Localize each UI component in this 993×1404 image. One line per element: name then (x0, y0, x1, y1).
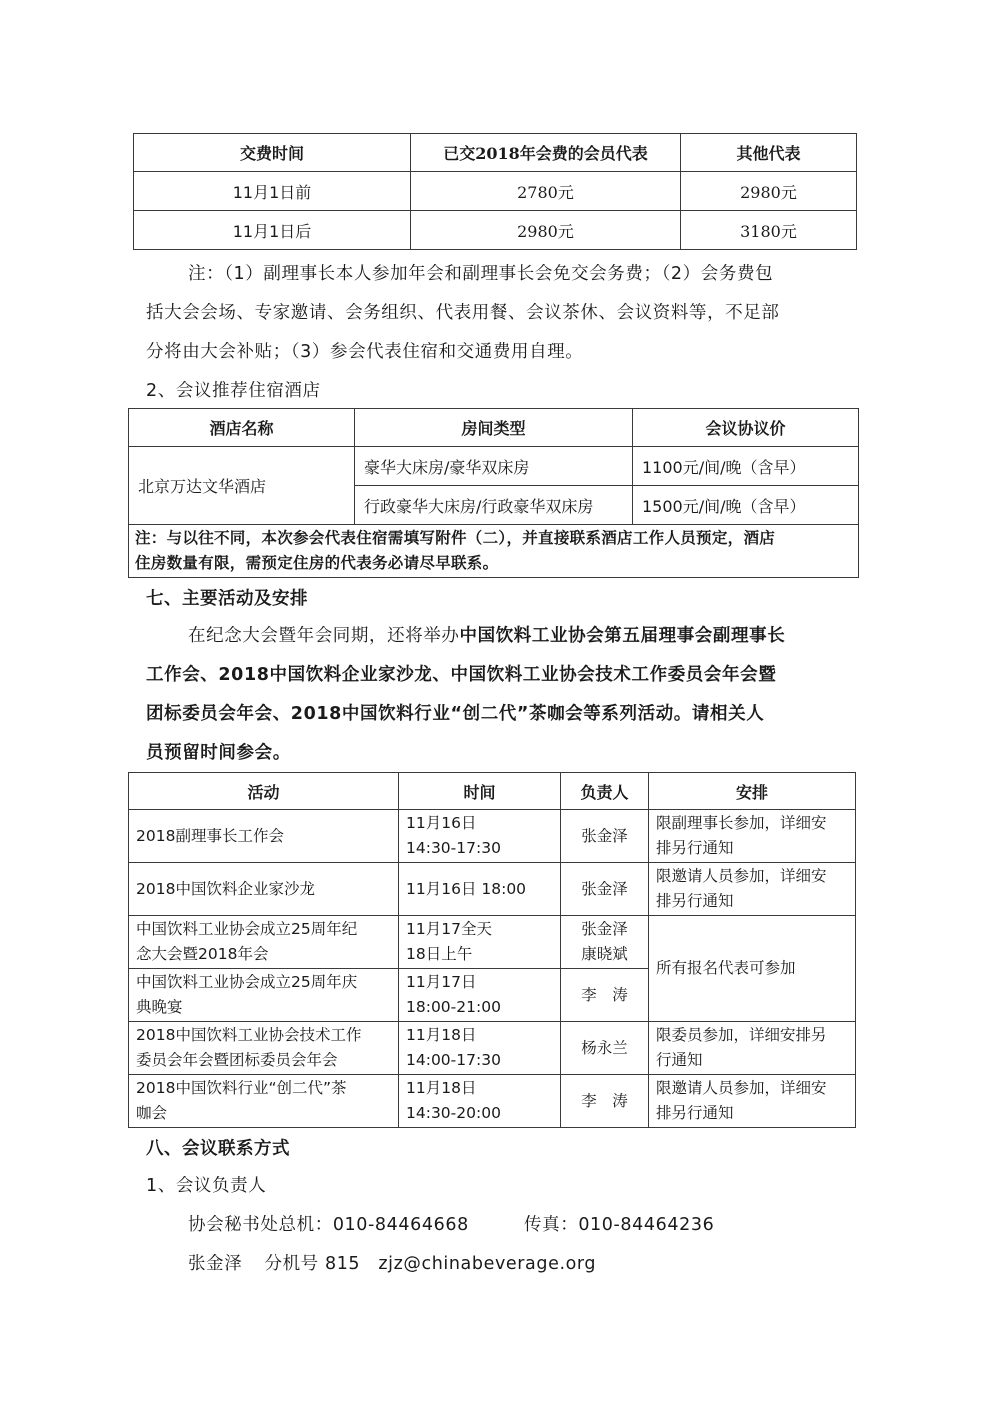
table-cell: 11月1日后 (134, 211, 411, 250)
section-7-para-line: 员预留时间参会。 (146, 734, 291, 773)
section-7-title: 七、主要活动及安排 (146, 585, 308, 610)
person-text: 杨永兰 (565, 1036, 644, 1061)
arrangement-text: 行通知 (656, 1048, 848, 1073)
header-cell: 交费时间 (134, 134, 411, 172)
activity-text: 2018中国饮料行业“创二代”茶 (136, 1076, 391, 1101)
section-7-para-line: 在纪念大会暨年会同期，还将举办中国饮料工业协会第五届理事会副理事长 (188, 617, 785, 656)
activity-cell: 中国饮料工业协会成立25周年庆典晚宴 (129, 969, 399, 1022)
person-cell: 张金泽康晓斌 (561, 916, 649, 969)
activity-text: 中国饮料工业协会成立25周年庆 (136, 970, 391, 995)
email-link[interactable]: zjz@chinabeverage.org (378, 1254, 596, 1274)
time-text: 18:00-21:00 (406, 995, 553, 1020)
section-8-subtitle: 1、会议负责人 (146, 1167, 266, 1206)
person-text: 张金泽 (565, 917, 644, 942)
person-cell: 杨永兰 (561, 1022, 649, 1075)
table-header-row: 酒店名称 房间类型 会议协议价 (129, 409, 859, 447)
table-row: 11月1日前 2780元 2980元 (134, 172, 857, 211)
table-row: 11月1日后 2980元 3180元 (134, 211, 857, 250)
time-cell: 11月17日18:00-21:00 (399, 969, 561, 1022)
hotel-name-cell: 北京万达文华酒店 (129, 447, 355, 525)
activity-text: 委员会年会暨团标委员会年会 (136, 1048, 391, 1073)
contact-name: 张金泽 (188, 1254, 242, 1274)
table-cell: 11月1日前 (134, 172, 411, 211)
hotel-table: 酒店名称 房间类型 会议协议价 北京万达文华酒店 豪华大床房/豪华双床房 110… (128, 408, 859, 578)
activity-cell: 2018中国饮料工业协会技术工作委员会年会暨团标委员会年会 (129, 1022, 399, 1075)
hotel-note-cell: 注：与以往不同，本次参会代表住宿需填写附件（二），并直接联系酒店工作人员预定，酒… (129, 525, 859, 578)
arrangement-cell: 限邀请人员参加，详细安排另行通知 (649, 863, 856, 916)
activity-text: 典晚宴 (136, 995, 391, 1020)
arrangement-text: 限邀请人员参加，详细安 (656, 1076, 848, 1101)
hotel-note-line: 住房数量有限，需预定住房的代表务必请尽早联系。 (135, 551, 852, 576)
activity-text: 中国饮料工业协会成立25周年纪 (136, 917, 391, 942)
arrangement-cell: 限邀请人员参加，详细安排另行通知 (649, 1075, 856, 1128)
time-cell: 11月17全天18日上午 (399, 916, 561, 969)
hotel-section-title: 2、会议推荐住宿酒店 (146, 372, 321, 411)
time-text: 11月16日 (406, 811, 553, 836)
header-cell: 房间类型 (355, 409, 633, 447)
time-text: 11月16日 18:00 (406, 877, 553, 902)
arrangement-cell: 限委员参加，详细安排另行通知 (649, 1022, 856, 1075)
time-text: 18日上午 (406, 942, 553, 967)
para-text: 在纪念大会暨年会同期，还将举办 (188, 626, 460, 646)
fee-note-line: 括大会会场、专家邀请、会务组织、代表用餐、会议茶休、会议资料等，不足部 (146, 294, 780, 333)
switchboard-label: 协会秘书处总机： (188, 1215, 333, 1235)
header-cell: 其他代表 (681, 134, 857, 172)
table-note-row: 注：与以往不同，本次参会代表住宿需填写附件（二），并直接联系酒店工作人员预定，酒… (129, 525, 859, 578)
table-row: 2018中国饮料工业协会技术工作委员会年会暨团标委员会年会 11月18日14:0… (129, 1022, 856, 1075)
arrangement-cell: 限副理事长参加，详细安排另行通知 (649, 810, 856, 863)
activity-table: 活动 时间 负责人 安排 2018副理事长工作会 11月16日14:30-17:… (128, 772, 856, 1128)
switchboard-line: 协会秘书处总机：010-84464668 (188, 1206, 469, 1245)
person-cell: 张金泽 (561, 863, 649, 916)
table-row: 中国饮料工业协会成立25周年纪念大会暨2018年会 11月17全天18日上午 张… (129, 916, 856, 969)
fax-line: 传真：010-84464236 (524, 1206, 714, 1245)
contact-line: 张金泽 分机号 815 zjz@chinabeverage.org (188, 1245, 596, 1284)
arrangement-text: 所有报名代表可参加 (656, 956, 848, 981)
activity-text: 念大会暨2018年会 (136, 942, 391, 967)
activity-cell: 2018中国饮料行业“创二代”茶咖会 (129, 1075, 399, 1128)
table-cell: 2980元 (681, 172, 857, 211)
price-cell: 1500元/间/晚（含早） (633, 486, 859, 525)
price-cell: 1100元/间/晚（含早） (633, 447, 859, 486)
fax-number: 010-84464236 (578, 1215, 714, 1235)
person-text: 张金泽 (565, 824, 644, 849)
section-7-para-line: 工作会、2018中国饮料企业家沙龙、中国饮料工业协会技术工作委员会年会暨 (146, 656, 776, 695)
time-cell: 11月16日14:30-17:30 (399, 810, 561, 863)
activity-cell: 2018中国饮料企业家沙龙 (129, 863, 399, 916)
time-text: 11月17全天 (406, 917, 553, 942)
arrangement-text: 排另行通知 (656, 889, 848, 914)
arrangement-text: 限委员参加，详细安排另 (656, 1023, 848, 1048)
section-7-para-line: 团标委员会年会、2018中国饮料行业“创二代”茶咖会等系列活动。请相关人 (146, 695, 764, 734)
room-type-cell: 行政豪华大床房/行政豪华双床房 (355, 486, 633, 525)
table-row: 2018中国饮料行业“创二代”茶咖会 11月18日14:30-20:00 李 涛… (129, 1075, 856, 1128)
table-cell: 2780元 (411, 172, 681, 211)
time-text: 11月18日 (406, 1023, 553, 1048)
arrangement-text: 限邀请人员参加，详细安 (656, 864, 848, 889)
activity-text: 咖会 (136, 1101, 391, 1126)
arrangement-text: 限副理事长参加，详细安 (656, 811, 848, 836)
person-cell: 李 涛 (561, 1075, 649, 1128)
ext-number: 815 (325, 1254, 360, 1274)
activity-cell: 2018副理事长工作会 (129, 810, 399, 863)
switchboard-number: 010-84464668 (333, 1215, 469, 1235)
arrangement-cell: 所有报名代表可参加 (649, 916, 856, 1022)
para-text-bold: 中国饮料工业协会第五届理事会副理事长 (460, 626, 786, 646)
person-cell: 张金泽 (561, 810, 649, 863)
time-text: 11月18日 (406, 1076, 553, 1101)
table-cell: 2980元 (411, 211, 681, 250)
header-cell: 会议协议价 (633, 409, 859, 447)
fee-note-line: 分将由大会补贴；（3）参会代表住宿和交通费用自理。 (146, 333, 583, 372)
header-cell: 活动 (129, 773, 399, 810)
time-cell: 11月18日14:30-20:00 (399, 1075, 561, 1128)
person-cell: 李 涛 (561, 969, 649, 1022)
header-cell: 安排 (649, 773, 856, 810)
person-text: 康晓斌 (565, 942, 644, 967)
activity-text: 2018副理事长工作会 (136, 824, 391, 849)
activity-cell: 中国饮料工业协会成立25周年纪念大会暨2018年会 (129, 916, 399, 969)
time-text: 11月17日 (406, 970, 553, 995)
person-text: 李 涛 (565, 983, 644, 1008)
time-text: 14:30-17:30 (406, 836, 553, 861)
header-cell: 已交2018年会费的会员代表 (411, 134, 681, 172)
fee-table: 交费时间 已交2018年会费的会员代表 其他代表 11月1日前 2780元 29… (133, 133, 857, 250)
hotel-note-line: 注：与以往不同，本次参会代表住宿需填写附件（二），并直接联系酒店工作人员预定，酒… (135, 526, 852, 551)
activity-text: 2018中国饮料企业家沙龙 (136, 877, 391, 902)
fax-label: 传真： (524, 1215, 578, 1235)
table-row: 2018副理事长工作会 11月16日14:30-17:30 张金泽 限副理事长参… (129, 810, 856, 863)
section-8-title: 八、会议联系方式 (146, 1135, 290, 1160)
table-header-row: 交费时间 已交2018年会费的会员代表 其他代表 (134, 134, 857, 172)
time-cell: 11月16日 18:00 (399, 863, 561, 916)
header-cell: 负责人 (561, 773, 649, 810)
time-text: 14:30-20:00 (406, 1101, 553, 1126)
header-cell: 酒店名称 (129, 409, 355, 447)
arrangement-text: 排另行通知 (656, 1101, 848, 1126)
table-cell: 3180元 (681, 211, 857, 250)
fee-note-line: 注：（1）副理事长本人参加年会和副理事长会免交会务费；（2）会务费包 (188, 255, 773, 294)
table-header-row: 活动 时间 负责人 安排 (129, 773, 856, 810)
time-cell: 11月18日14:00-17:30 (399, 1022, 561, 1075)
arrangement-text: 排另行通知 (656, 836, 848, 861)
activity-text: 2018中国饮料工业协会技术工作 (136, 1023, 391, 1048)
ext-label: 分机号 (264, 1254, 318, 1274)
room-type-cell: 豪华大床房/豪华双床房 (355, 447, 633, 486)
time-text: 14:00-17:30 (406, 1048, 553, 1073)
table-row: 2018中国饮料企业家沙龙 11月16日 18:00 张金泽 限邀请人员参加，详… (129, 863, 856, 916)
table-row: 北京万达文华酒店 豪华大床房/豪华双床房 1100元/间/晚（含早） (129, 447, 859, 486)
person-text: 张金泽 (565, 877, 644, 902)
header-cell: 时间 (399, 773, 561, 810)
person-text: 李 涛 (565, 1089, 644, 1114)
